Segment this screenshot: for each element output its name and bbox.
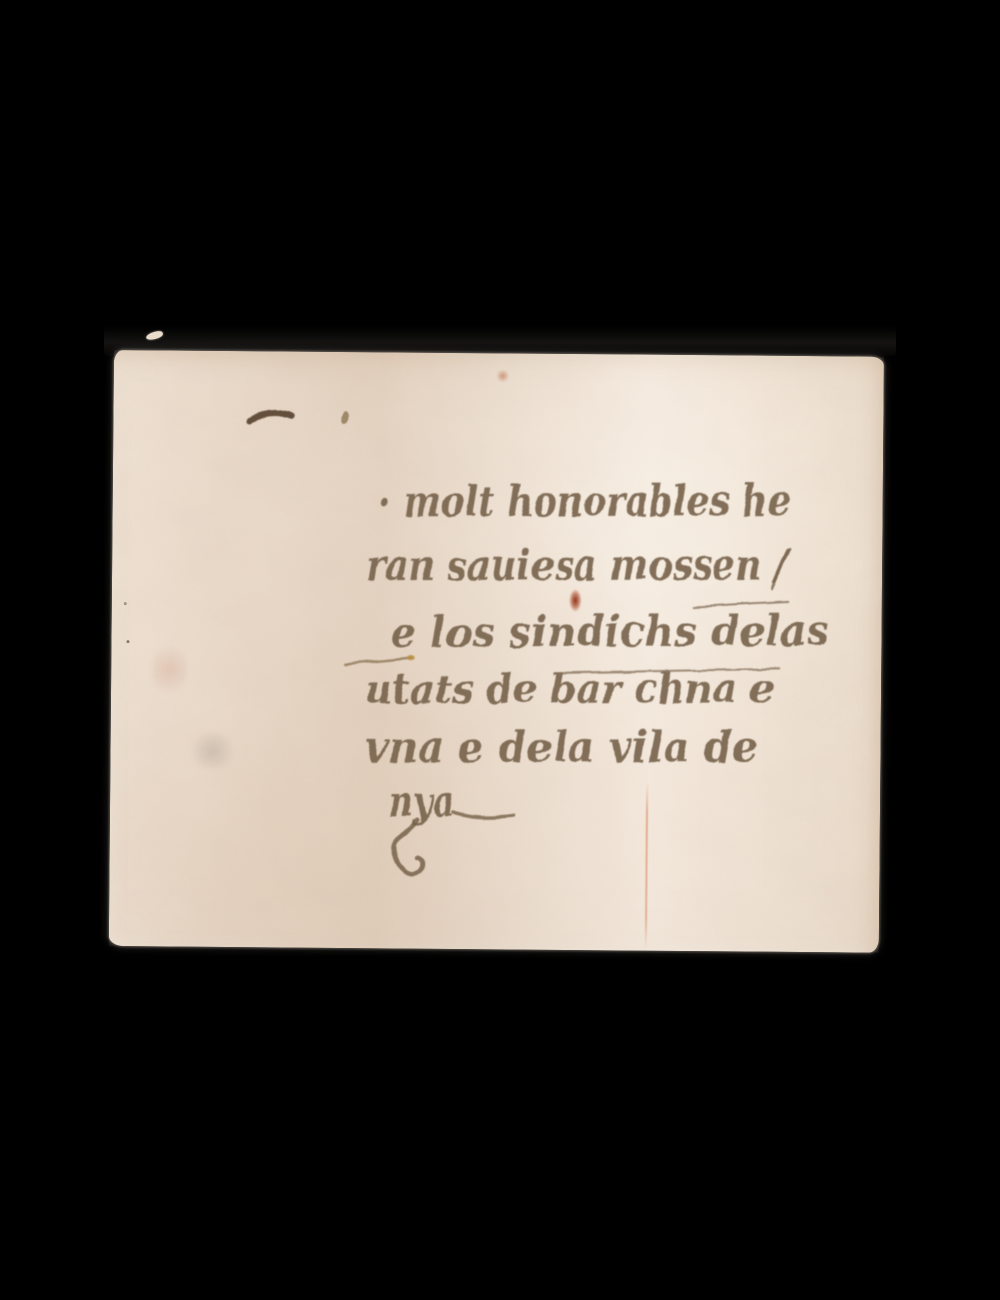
address-line-5: vna e dela vila de [364,723,758,774]
trailing-stroke [453,812,514,817]
address-line-3: e los sindichs delas [390,606,829,658]
pen-flourish [393,820,423,874]
address-block: · molt honorables he ran sauiesa mossen … [246,409,831,878]
address-line-2: ran sauiesa mossen / [366,540,792,591]
pen-slip-stroke [345,657,411,665]
address-line-6: nya [389,777,455,827]
address-line-1: · molt honorables he [378,477,790,528]
handwriting-svg: · molt honorables he ran sauiesa mossen … [109,350,884,953]
scan-background: · molt honorables he ran sauiesa mossen … [0,0,1000,1300]
ink-speck [341,410,350,424]
letter-paper: · molt honorables he ran sauiesa mossen … [109,350,884,953]
pen-dash-mark [250,413,292,421]
